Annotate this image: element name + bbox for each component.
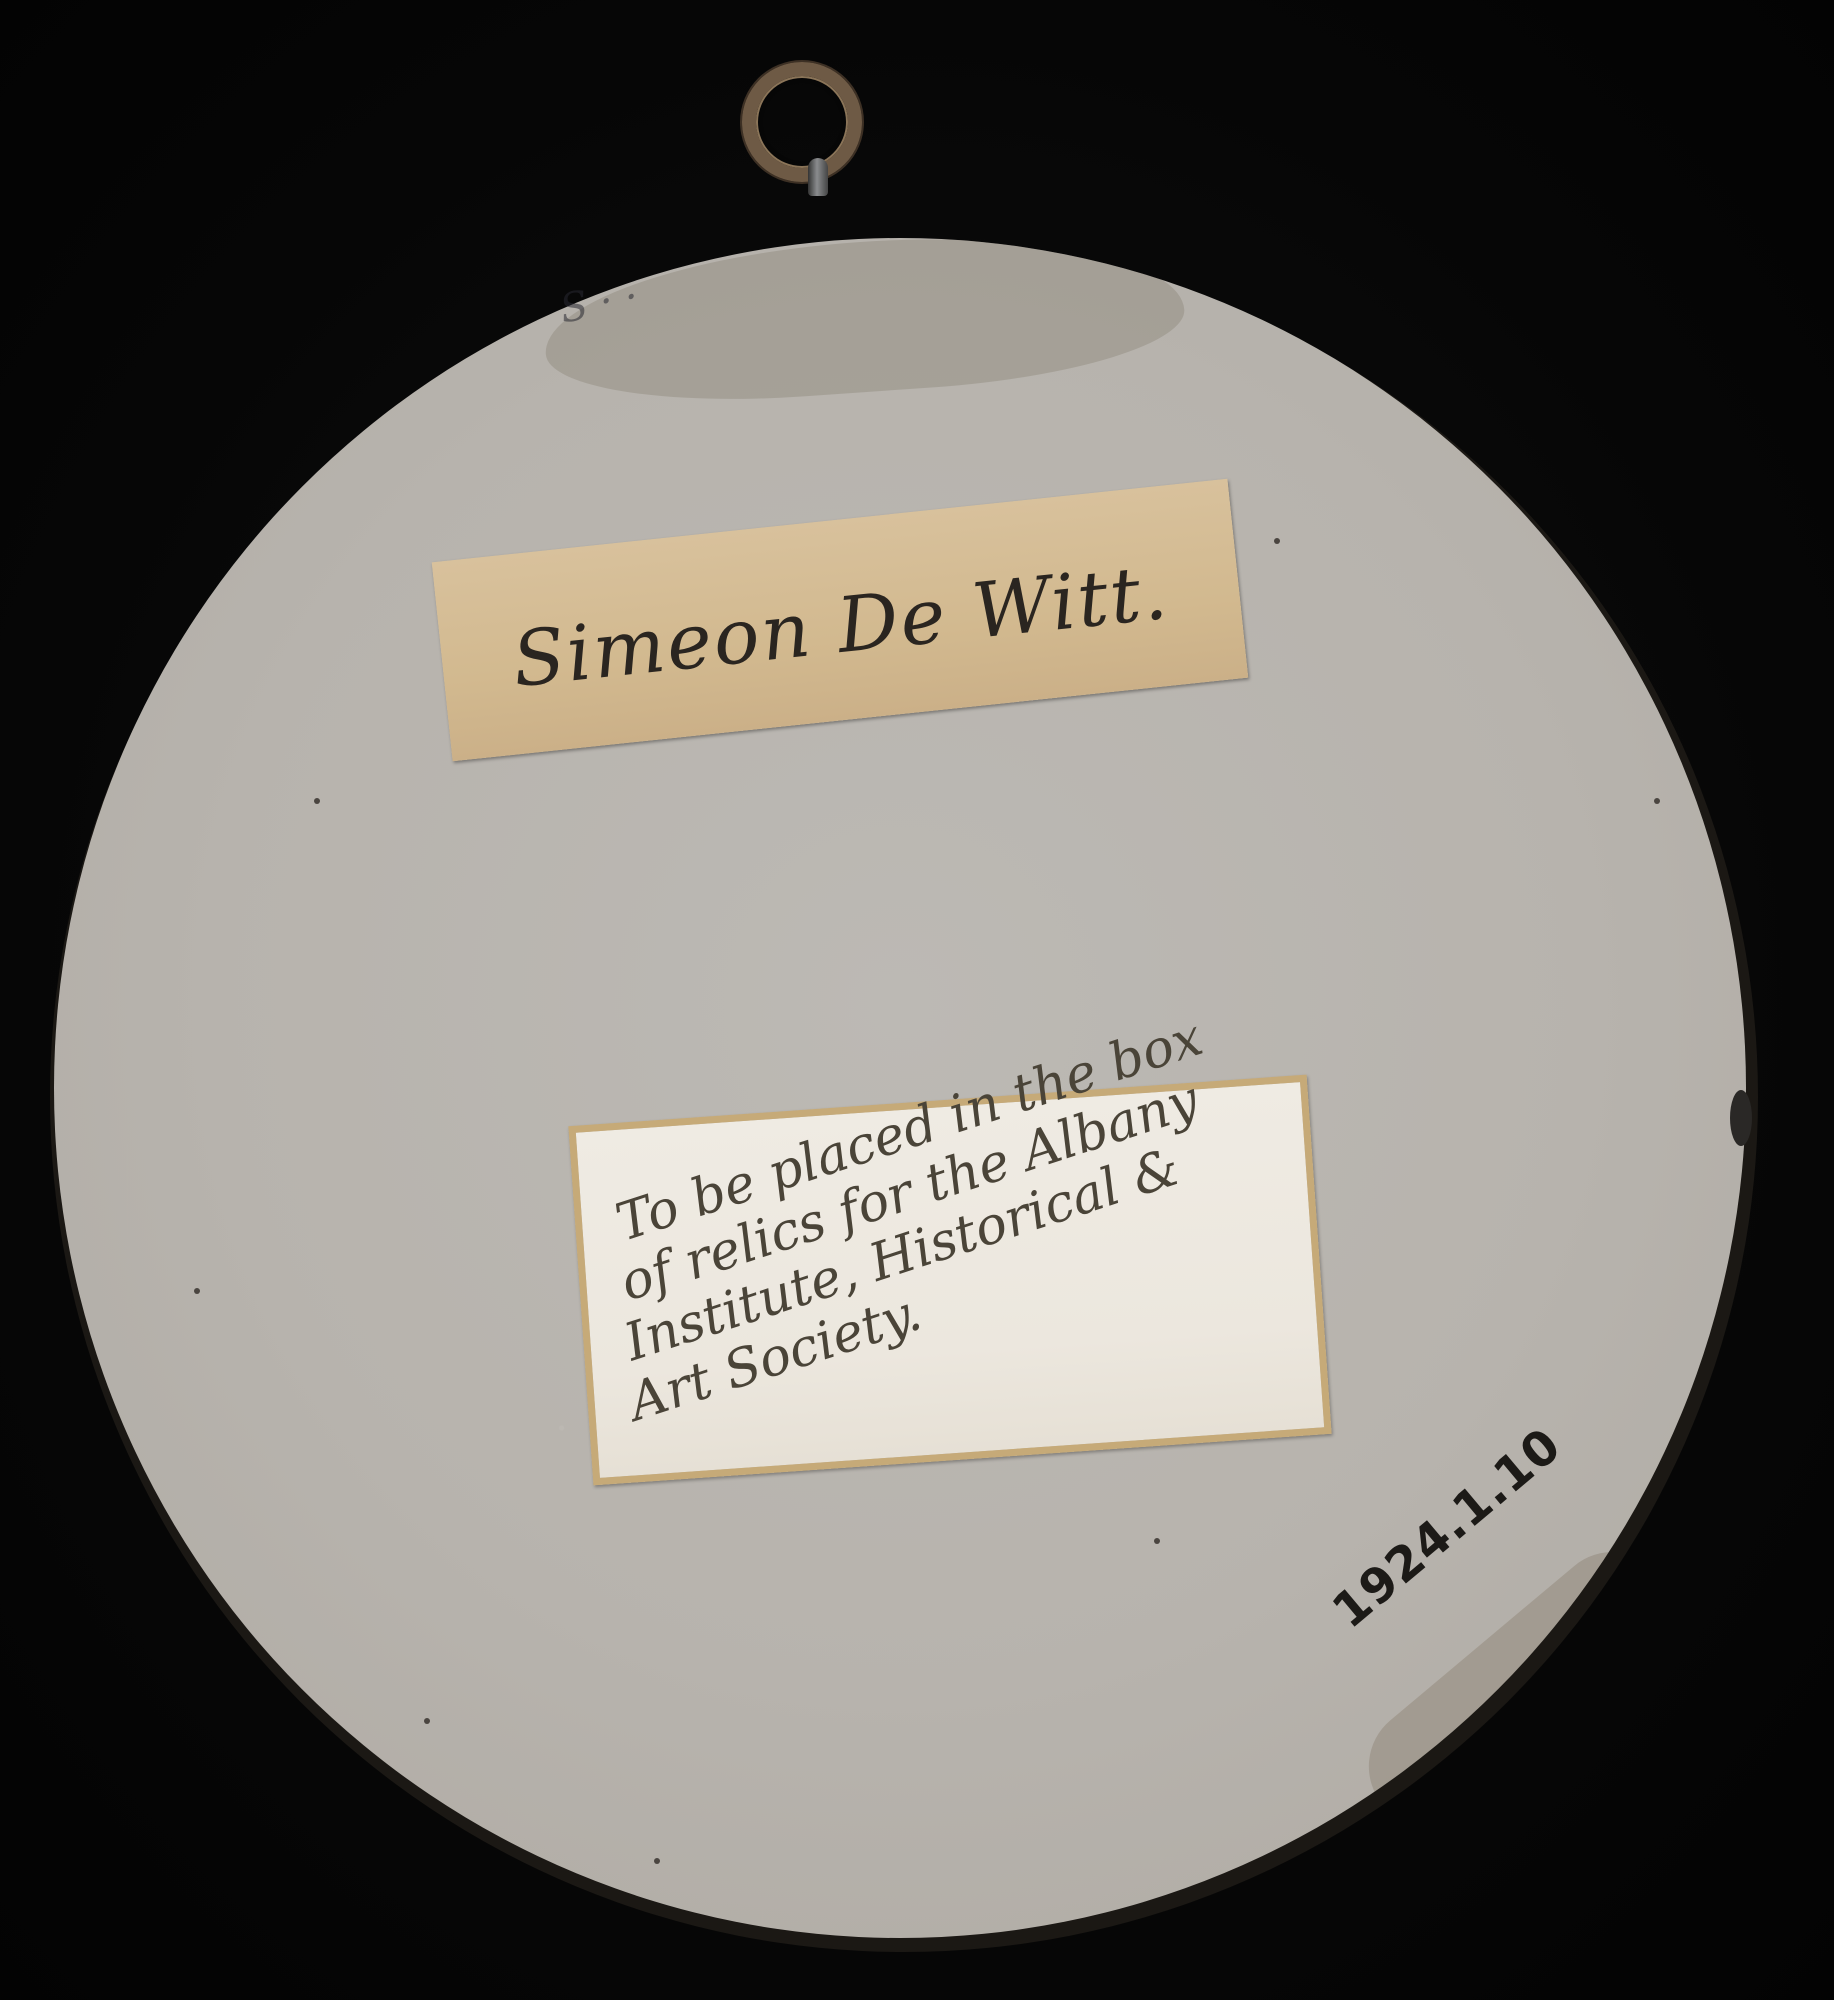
speck [1154, 1538, 1160, 1544]
note-label: To be placed in the box of relics for th… [568, 1075, 1331, 1486]
speck [424, 1718, 430, 1724]
speck [194, 1288, 200, 1294]
frame-backing [54, 238, 1746, 1938]
stain-top [540, 238, 1189, 414]
hanging-ring [742, 62, 862, 182]
speck [314, 798, 320, 804]
speck [1654, 798, 1660, 804]
speck [1274, 538, 1280, 544]
name-label-text: Simeon De Witt. [507, 536, 1172, 703]
speck [654, 1858, 660, 1864]
hanging-loop [808, 158, 828, 196]
edge-mark [1730, 1090, 1752, 1146]
